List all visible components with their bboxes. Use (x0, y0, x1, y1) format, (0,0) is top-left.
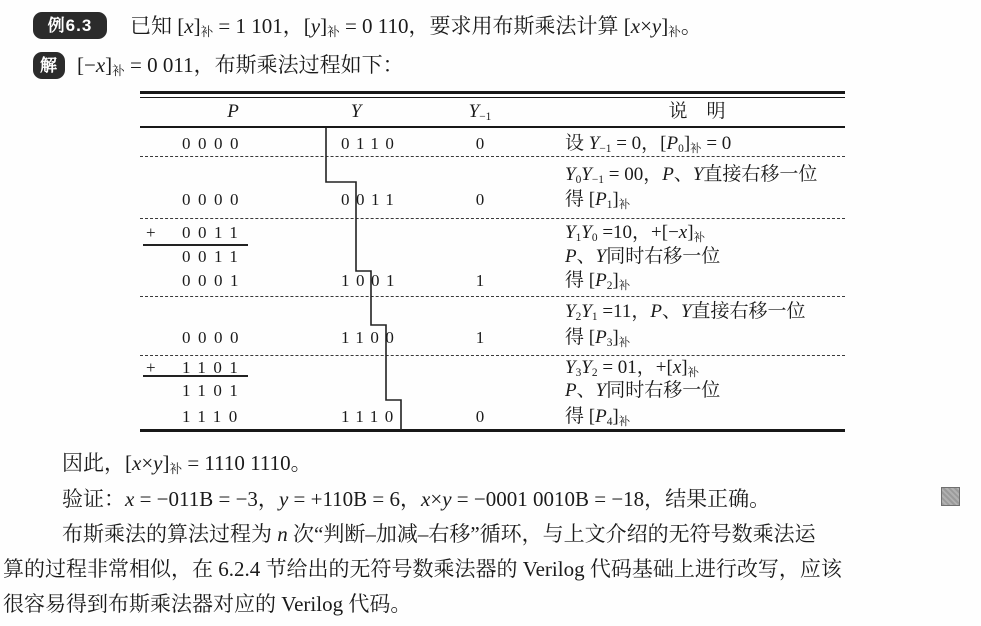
step3-plus-sign: + (146, 222, 163, 244)
step5-p-value: 1110 (182, 406, 245, 428)
step4-note-1: Y2Y1 =11，P、Y直接右移一位 (565, 300, 806, 329)
verification-line: 验证：x = −011B = −3，y = +110B = 6，x×y = −0… (62, 486, 770, 512)
row-separator-1 (140, 156, 845, 157)
step4-p-value: 0000 (182, 327, 246, 349)
step2-y-value: 0011 (341, 189, 400, 211)
step1-y-value: 0110 (341, 133, 400, 155)
paragraph-line-3: 很容易得到布斯乘法器对应的 Verilog 代码。 (3, 591, 411, 617)
step3-note-3: 得 [P2]补 (565, 269, 630, 298)
conclusion-line: 因此，[x×y]补 = 1110 1110。 (62, 450, 312, 482)
textbook-page: 例6.3 已知 [x]补 = 1 101，[y]补 = 0 110，要求用布斯乘… (0, 0, 981, 626)
step2-note-2: 得 [P1]补 (565, 188, 630, 217)
col-header-y-minus1: Y−1 (450, 100, 510, 129)
step2-p-value: 0000 (182, 189, 246, 211)
step4-note-2: 得 [P3]补 (565, 326, 630, 355)
table-top-thick-rule (140, 91, 845, 94)
col-header-y: Y (326, 100, 386, 124)
step1-y1-value: 0 (460, 133, 500, 155)
step3-sum: 0011 (182, 246, 245, 268)
step3-note-2: P、Y同时右移一位 (565, 245, 720, 269)
paragraph-line-2: 算的过程非常相似，在 6.2.4 节给出的无符号数乘法器的 Verilog 代码… (3, 556, 842, 582)
step2-y1-value: 0 (460, 189, 500, 211)
row-separator-3 (140, 296, 845, 297)
table-bottom-rule (140, 429, 845, 432)
paragraph-line-1: 布斯乘法的算法过程为 n 次“判断–加减–右移”循环，与上文介绍的无符号数乘法运 (62, 521, 816, 547)
end-of-example-marker-icon (941, 487, 960, 506)
step4-y-value: 1100 (341, 327, 400, 349)
step1-p-value: 0000 (182, 133, 246, 155)
step5-note-2: P、Y同时右移一位 (565, 379, 720, 403)
step3-y1-value: 1 (460, 270, 500, 292)
step5-sum-rule (143, 375, 248, 377)
step4-y1-value: 1 (460, 327, 500, 349)
table-top-thin-rule (140, 97, 845, 98)
step1-note: 设 Y−1 = 0，[P0]补 = 0 (565, 132, 731, 161)
example-statement: 已知 [x]补 = 1 101，[y]补 = 0 110，要求用布斯乘法计算 [… (130, 13, 702, 45)
step5-sum: 1101 (182, 380, 245, 402)
step5-note-3: 得 [P4]补 (565, 405, 630, 434)
step3-addend: 0011 (182, 222, 245, 244)
col-header-note: 说 明 (597, 100, 797, 124)
step5-y1-value: 0 (460, 406, 500, 428)
step3-y-value: 1001 (341, 270, 401, 292)
row-separator-2 (140, 218, 845, 219)
col-header-p: P (203, 100, 263, 124)
example-badge: 例6.3 (33, 12, 107, 39)
solution-badge: 解 (33, 52, 65, 79)
step5-y-value: 1110 (341, 406, 400, 428)
row-separator-4 (140, 355, 845, 356)
step3-p-value: 0001 (182, 270, 246, 292)
solution-statement: [−x]补 = 0 011，布斯乘法过程如下： (77, 52, 404, 84)
